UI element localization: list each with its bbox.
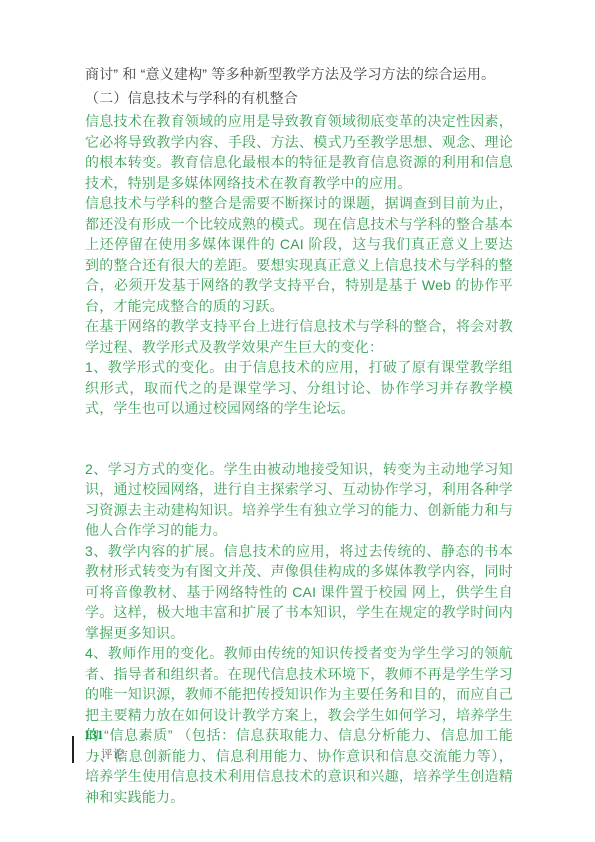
list-item-teaching-form-change: 1、教学形式的变化。由于信息技术的应用，打破了原有课堂教学组织形式，取而代之的是…: [85, 357, 513, 419]
body-paragraph-integration-topic: 信息技术与学科的整合是需要不断探讨的课题，据调查到目前为止，都还没有形成一个比较…: [85, 193, 513, 316]
list-item-content-expansion: 3、教学内容的扩展。信息技术的应用，将过去传统的、静态的书本教材形式转变为有图文…: [85, 541, 513, 644]
list-item-learning-mode-change: 2、学习方式的变化。学生由被动地接受知识，转变为主动地学习知识，通过校园网络，进…: [85, 459, 513, 541]
section-heading: （二）信息技术与学科的有机整合: [85, 88, 513, 109]
text-cursor-bar: [72, 736, 74, 763]
intro-continuation-line: 商讨” 和 “意义建构” 等多种新型教学方法及学习方法的综合运用。: [85, 64, 513, 85]
body-paragraph-web-platform-effects: 在基于网络的教学支持平台上进行信息技术与学科的整合，将会对教学过程、教学形式及教…: [85, 316, 513, 357]
body-paragraph-it-in-education: 信息技术在教育领域的应用是导致教育领域彻底变革的决定性因素，它必将导致教学内容、…: [85, 111, 513, 193]
paragraph-gap: [85, 419, 513, 459]
document-page: 商讨” 和 “意义建构” 等多种新型教学方法及学习方法的综合运用。 （二）信息技…: [0, 0, 595, 842]
text-block: 商讨” 和 “意义建构” 等多种新型教学方法及学习方法的综合运用。 （二）信息技…: [85, 64, 513, 807]
list-item-teacher-role-change: 4、教师作用的变化。教师由传统的知识传授者变为学生学习的领航者、指导者和组织者。…: [85, 643, 513, 807]
